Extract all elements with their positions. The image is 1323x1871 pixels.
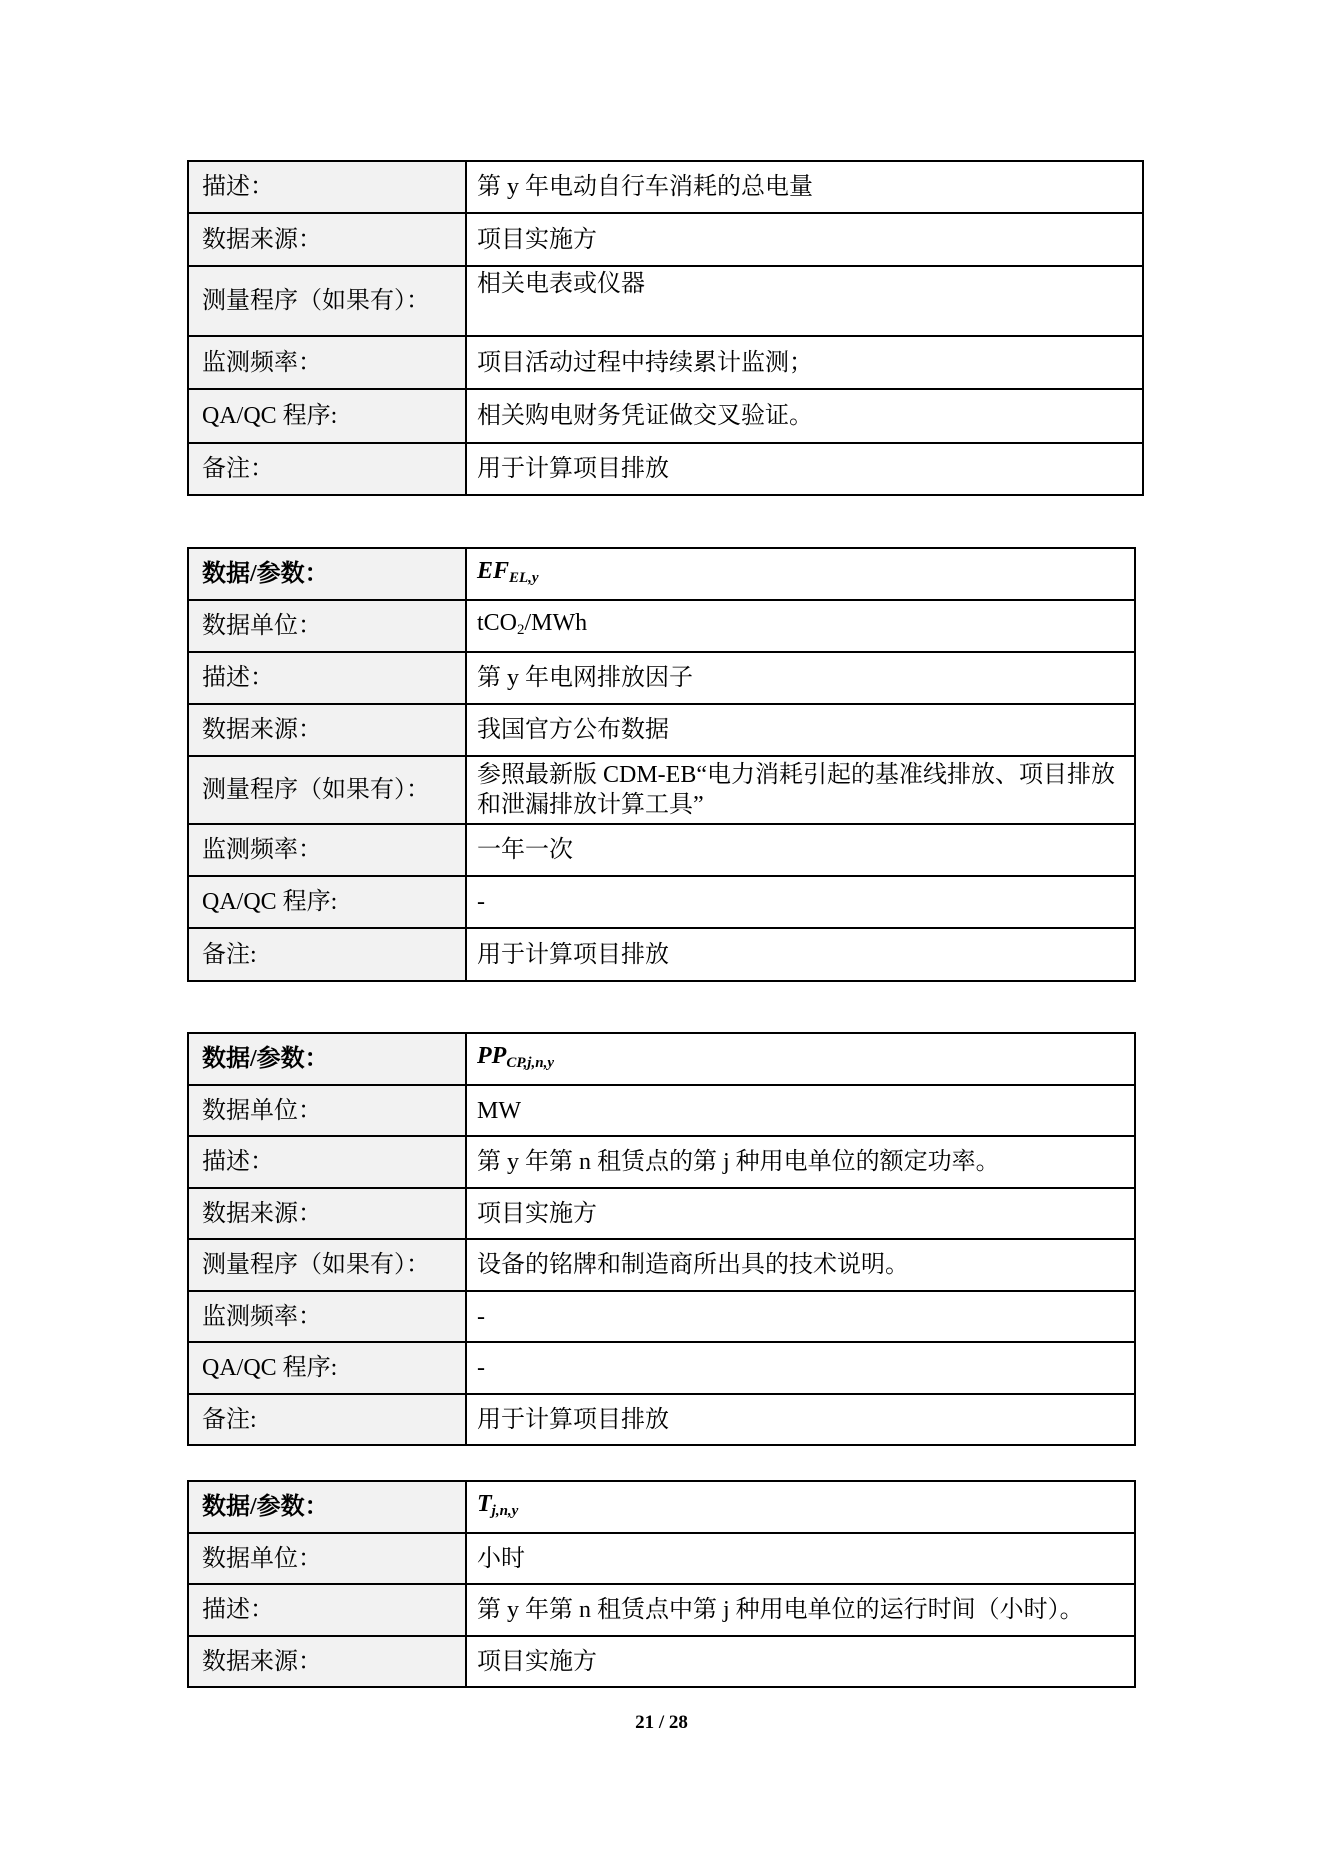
table-row-monitoring-frequency: 监测频率： - (188, 1291, 1135, 1342)
table-row-qaqc: QA/QC 程序: - (188, 1342, 1135, 1394)
row-label: 备注： (188, 443, 466, 495)
unit-post: /MWh (525, 610, 588, 636)
table-row-data-source: 数据来源： 项目实施方 (188, 213, 1143, 266)
row-label: 数据/参数： (188, 548, 466, 600)
row-value: 项目实施方 (466, 1188, 1135, 1239)
symbol-subscript: EL,y (509, 570, 539, 586)
table-row-description: 描述： 第 y 年第 n 租赁点的第 j 种用电单位的额定功率。 (188, 1136, 1135, 1188)
row-label: 数据来源： (188, 1188, 466, 1239)
row-value: 第 y 年电网排放因子 (466, 652, 1135, 704)
row-value: 用于计算项目排放 (466, 928, 1135, 981)
row-value: - (466, 1342, 1135, 1394)
row-label: 监测频率： (188, 1291, 466, 1342)
table-row-remarks: 备注: 用于计算项目排放 (188, 928, 1135, 981)
row-value: 用于计算项目排放 (466, 1394, 1135, 1445)
row-value: 相关购电财务凭证做交叉验证。 (466, 389, 1143, 443)
row-label: 监测频率： (188, 824, 466, 876)
table-row-measurement-procedure: 测量程序（如果有）： 相关电表或仪器 (188, 266, 1143, 336)
row-label: 数据/参数： (188, 1033, 466, 1085)
row-label: 数据来源： (188, 704, 466, 756)
table-row-remarks: 备注: 用于计算项目排放 (188, 1394, 1135, 1445)
row-label: 数据/参数： (188, 1481, 466, 1533)
row-value: - (466, 1291, 1135, 1342)
row-label: 测量程序（如果有）： (188, 1239, 466, 1291)
table-row-data-source: 数据来源： 项目实施方 (188, 1188, 1135, 1239)
row-value: 小时 (466, 1533, 1135, 1584)
parameter-table-electric-bike-consumption: 描述： 第 y 年电动自行车消耗的总电量 数据来源： 项目实施方 测量程序（如果… (187, 160, 1144, 496)
table-row-description: 描述： 第 y 年第 n 租赁点中第 j 种用电单位的运行时间（小时）。 (188, 1584, 1135, 1636)
unit-subscript: 2 (517, 622, 525, 638)
table-row-qaqc: QA/QC 程序: - (188, 876, 1135, 928)
row-value: 参照最新版 CDM-EB“电力消耗引起的基准线排放、项目排放和泄漏排放计算工具” (466, 756, 1135, 824)
row-label: QA/QC 程序: (188, 389, 466, 443)
row-label: 测量程序（如果有）： (188, 266, 466, 336)
row-label: 数据来源： (188, 213, 466, 266)
row-value: 项目实施方 (466, 1636, 1135, 1687)
row-value: 相关电表或仪器 (466, 266, 1143, 336)
row-label: QA/QC 程序: (188, 876, 466, 928)
table-row-parameter: 数据/参数： Tj,n,y (188, 1481, 1135, 1533)
row-label: 描述： (188, 161, 466, 213)
row-value: 用于计算项目排放 (466, 443, 1143, 495)
row-label: 描述： (188, 1584, 466, 1636)
table-row-measurement-procedure: 测量程序（如果有）： 设备的铭牌和制造商所出具的技术说明。 (188, 1239, 1135, 1291)
table-row-monitoring-frequency: 监测频率： 项目活动过程中持续累计监测； (188, 336, 1143, 389)
table-row-description: 描述： 第 y 年电动自行车消耗的总电量 (188, 161, 1143, 213)
parameter-symbol: Tj,n,y (466, 1481, 1135, 1533)
row-label: 数据单位： (188, 1533, 466, 1584)
table-row-remarks: 备注： 用于计算项目排放 (188, 443, 1143, 495)
row-value: MW (466, 1085, 1135, 1136)
symbol-main: T (477, 1491, 492, 1517)
row-value: - (466, 876, 1135, 928)
table-row-description: 描述： 第 y 年电网排放因子 (188, 652, 1135, 704)
table-row-measurement-procedure: 测量程序（如果有）： 参照最新版 CDM-EB“电力消耗引起的基准线排放、项目排… (188, 756, 1135, 824)
symbol-subscript: CP,j,n,y (506, 1055, 554, 1071)
row-value: 我国官方公布数据 (466, 704, 1135, 756)
row-value: 设备的铭牌和制造商所出具的技术说明。 (466, 1239, 1135, 1291)
row-label: 数据单位： (188, 600, 466, 652)
row-value: 第 y 年电动自行车消耗的总电量 (466, 161, 1143, 213)
table-row-unit: 数据单位： 小时 (188, 1533, 1135, 1584)
table-row-monitoring-frequency: 监测频率： 一年一次 (188, 824, 1135, 876)
row-label: QA/QC 程序: (188, 1342, 466, 1394)
row-label: 测量程序（如果有）： (188, 756, 466, 824)
unit-pre: tCO (477, 610, 517, 636)
row-label: 备注: (188, 928, 466, 981)
parameter-symbol: PPCP,j,n,y (466, 1033, 1135, 1085)
row-value: tCO2/MWh (466, 600, 1135, 652)
row-label: 描述： (188, 1136, 466, 1188)
row-label: 监测频率： (188, 336, 466, 389)
page-number: 21 / 28 (0, 1712, 1323, 1734)
row-value: 项目实施方 (466, 213, 1143, 266)
table-row-data-source: 数据来源： 项目实施方 (188, 1636, 1135, 1687)
row-label: 数据来源： (188, 1636, 466, 1687)
row-value: 第 y 年第 n 租赁点的第 j 种用电单位的额定功率。 (466, 1136, 1135, 1188)
row-label: 数据单位： (188, 1085, 466, 1136)
row-value: 一年一次 (466, 824, 1135, 876)
table-row-qaqc: QA/QC 程序: 相关购电财务凭证做交叉验证。 (188, 389, 1143, 443)
symbol-main: PP (477, 1043, 506, 1069)
table-row-unit: 数据单位： MW (188, 1085, 1135, 1136)
parameter-table-t-j-n-y: 数据/参数： Tj,n,y 数据单位： 小时 描述： 第 y 年第 n 租赁点中… (187, 1480, 1136, 1688)
symbol-main: EF (477, 558, 509, 584)
symbol-subscript: j,n,y (492, 1503, 519, 1519)
row-value: 第 y 年第 n 租赁点中第 j 种用电单位的运行时间（小时）。 (466, 1584, 1135, 1636)
parameter-symbol: EFEL,y (466, 548, 1135, 600)
parameter-table-ef-el-y: 数据/参数： EFEL,y 数据单位： tCO2/MWh 描述： 第 y 年电网… (187, 547, 1136, 982)
row-value: 项目活动过程中持续累计监测； (466, 336, 1143, 389)
table-row-data-source: 数据来源： 我国官方公布数据 (188, 704, 1135, 756)
table-row-parameter: 数据/参数： PPCP,j,n,y (188, 1033, 1135, 1085)
parameter-table-pp-cp-j-n-y: 数据/参数： PPCP,j,n,y 数据单位： MW 描述： 第 y 年第 n … (187, 1032, 1136, 1446)
table-row-parameter: 数据/参数： EFEL,y (188, 548, 1135, 600)
row-label: 备注: (188, 1394, 466, 1445)
row-label: 描述： (188, 652, 466, 704)
table-row-unit: 数据单位： tCO2/MWh (188, 600, 1135, 652)
